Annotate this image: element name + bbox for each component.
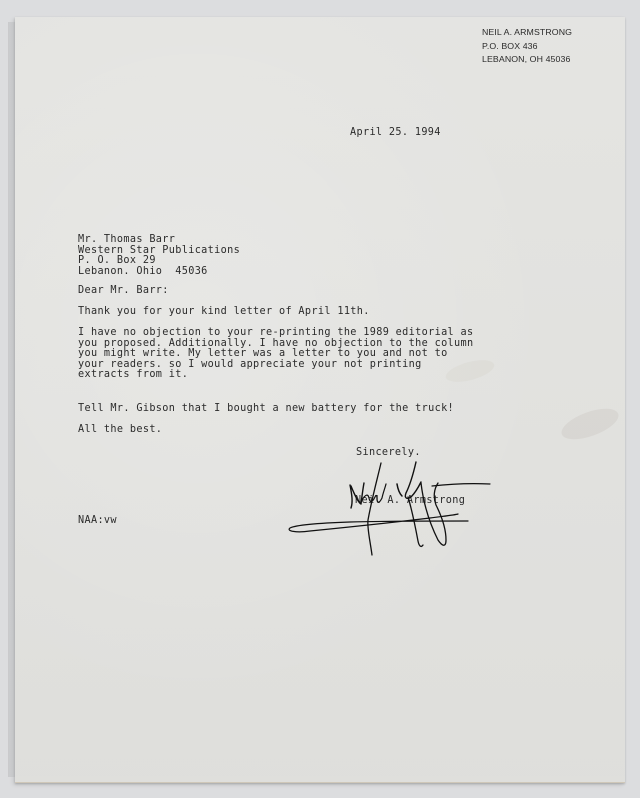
letterhead-city: LEBANON, OH 45036 [482,53,572,67]
body-paragraph-3: Tell Mr. Gibson that I bought a new batt… [78,404,454,415]
letterhead: NEIL A. ARMSTRONG P.O. BOX 436 LEBANON, … [482,26,572,67]
body-paragraph-1: Thank you for your kind letter of April … [78,307,370,318]
complimentary-close: Sincerely. [356,448,421,459]
recipient-address: Mr. Thomas BarrWestern Star Publications… [78,235,240,277]
letter-paper [15,17,625,783]
letterhead-po-box: P.O. BOX 436 [482,40,572,54]
letterhead-name: NEIL A. ARMSTRONG [482,26,572,40]
recipient-city: Lebanon. Ohio 45036 [78,267,240,278]
recipient-name: Mr. Thomas Barr [78,235,240,246]
paper-smudge [558,402,623,445]
signed-name: Neil A. Armstrong [355,496,465,507]
letter-date: April 25. 1994 [350,128,441,139]
salutation: Dear Mr. Barr: [78,286,169,297]
closing-line: All the best. [78,425,162,436]
reference-initials: NAA:vw [78,516,117,527]
body-paragraph-2: I have no objection to your re-printing … [78,328,474,381]
